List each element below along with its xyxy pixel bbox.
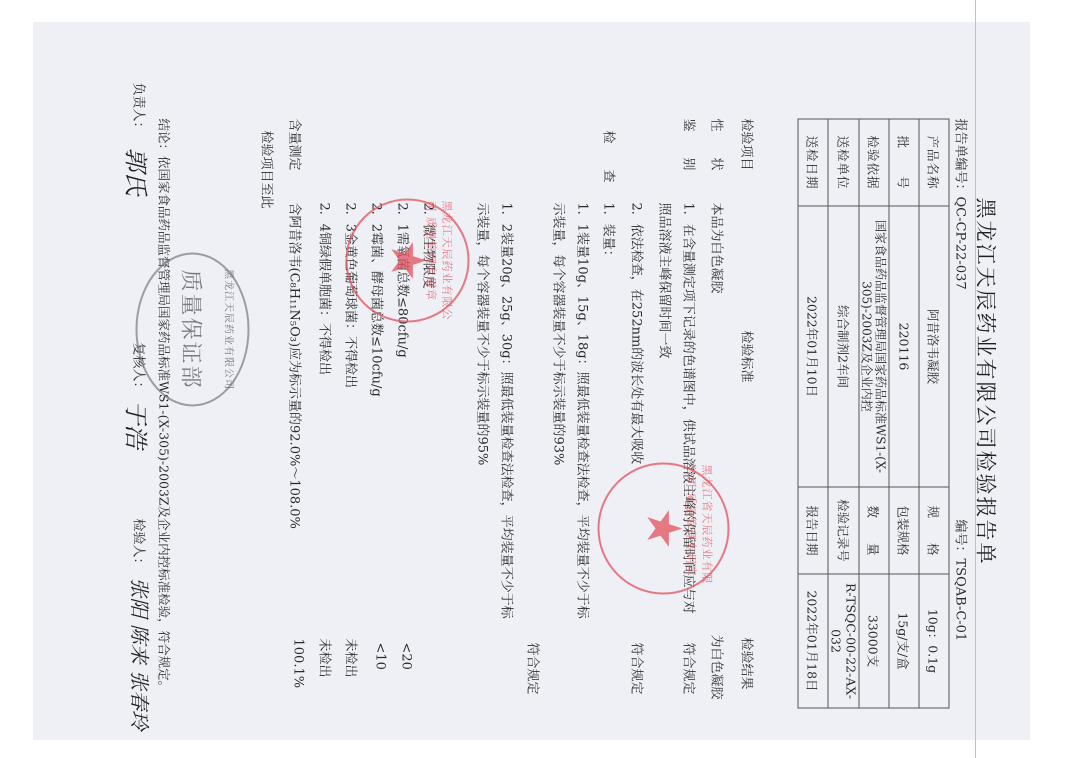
test-result-identification-1: 符合规定 xyxy=(681,643,700,695)
quantity-label: 数 量 xyxy=(859,487,889,574)
report-number: 报告单编号：QC-CP-22-037 xyxy=(953,119,972,290)
test-result-pseudomonas: 未检出 xyxy=(317,639,336,678)
report-date-value: 2022年01月18日 xyxy=(798,574,828,708)
quantity-value: 33000支 xyxy=(859,574,889,708)
conclusion: 结论：依国家食品药品监督管理局国家药品标准WS1-(X-305)-2003Z及企… xyxy=(156,119,174,694)
star-icon: ★ xyxy=(640,507,688,550)
submit-unit-value: 综合制剂2车间 xyxy=(828,206,859,487)
product-name-value: 阿昔洛韦凝胶 xyxy=(919,206,949,487)
end-note: 检验项目至此 xyxy=(259,131,278,209)
header-test-result: 检验结果 xyxy=(739,638,758,690)
table-row: 送检日期 2022年01月10日 报告日期 2022年01月18日 xyxy=(798,119,828,708)
table-row: 检验依据 国家食品药品监督管理局国家药品标准WS1-(X-305)-2003Z及… xyxy=(859,119,889,708)
stamp-text: 黑龙江天辰药业有限公司 质量管理专用章 xyxy=(424,201,456,321)
basis-label: 检验依据 xyxy=(859,119,889,206)
record-no-value: R-TSQC-00-22-AX-032 xyxy=(828,574,859,708)
conclusion-label: 结论： xyxy=(157,119,172,157)
responsible-person-label: 负责人： xyxy=(131,83,150,135)
test-standard-fill-1: 1．1装量10g、15g、18g：照最低装量检查法检查，平均装量不少于标示装量，… xyxy=(546,203,594,623)
report-number-label: 报告单编号： xyxy=(953,119,968,197)
product-name-label: 产品名称 xyxy=(919,119,949,206)
document-number-label: 编号： xyxy=(953,520,968,559)
conclusion-text: 依国家食品药品监督管理局国家药品标准WS1-(X-305)-2003Z及企业内控… xyxy=(157,156,172,693)
test-standard-assay: 含阿昔洛韦(C₈H₁₁N₅O₃)应为标示量的92.0%～108.0% xyxy=(287,203,306,529)
header-test-standard: 检验标准 xyxy=(739,331,758,383)
spec-value: 10g：0.1g xyxy=(919,574,949,708)
test-item-inspection: 检 查 xyxy=(601,131,620,183)
product-info-table: 产品名称 阿昔洛韦凝胶 规 格 10g：0.1g 批 号 220116 包装规格… xyxy=(798,119,950,709)
report-number-value: QC-CP-22-037 xyxy=(953,197,968,290)
submit-date-label: 送检日期 xyxy=(798,119,828,206)
test-item-identification: 鉴 别 xyxy=(681,119,700,171)
test-standard-fill-2: 1．2装量20g、25g、30g：照最低装量检查法检查，平均装量不少于标示装量，… xyxy=(470,203,518,623)
test-result-identification-2: 符合规定 xyxy=(629,643,648,695)
table-row: 送检单位 综合制剂2车间 检验记录号 R-TSQC-00-22-AX-032 xyxy=(828,119,859,708)
document-number: 编号：TSQAB-C-01 xyxy=(953,520,972,642)
red-company-stamp-2: ★ 黑龙江天辰药业有限公司 质量管理专用章 xyxy=(346,199,470,323)
package-spec-value: 15g/支/盒 xyxy=(889,574,919,708)
batch-label: 批 号 xyxy=(889,119,919,206)
qa-department-stamp: 黑龙江天辰药业有限公司 质量保证部 xyxy=(136,253,250,407)
responsible-person-signature: 郭氏 xyxy=(121,148,156,196)
header-test-item: 检验项目 xyxy=(739,119,758,171)
inspection-report-page: 黑龙江天辰药业有限公司检验报告单 报告单编号：QC-CP-22-037 编号：T… xyxy=(33,23,1030,741)
package-spec-label: 包装规格 xyxy=(889,487,919,574)
qa-stamp-title: 质量保证部 xyxy=(177,269,208,389)
spec-label: 规 格 xyxy=(919,487,949,574)
inspector-label: 检验人： xyxy=(131,519,150,571)
basis-value: 国家食品药品监督管理局国家药品标准WS1-(X-305)-2003Z及企业内控 xyxy=(859,206,889,487)
stamp-text: 黑龙江省天辰药业有限公司 质量管理专用章 xyxy=(684,465,716,593)
qa-stamp-company: 黑龙江天辰药业有限公司 xyxy=(223,269,238,390)
test-result-fill-1: 符合规定 xyxy=(525,643,544,695)
test-result-mold: <10 xyxy=(373,643,388,670)
test-result-assay: 100.1% xyxy=(291,639,306,689)
test-result-aerobic: <20 xyxy=(399,643,414,670)
red-company-stamp-1: ★ 黑龙江省天辰药业有限公司 质量管理专用章 xyxy=(598,463,730,595)
test-standard-fill-volume: 1．装量： xyxy=(601,203,620,263)
test-standard-appearance: 本品为白色凝胶 xyxy=(709,203,728,294)
test-item-appearance: 性 状 xyxy=(709,119,728,171)
report-date-label: 报告日期 xyxy=(798,487,828,574)
report-title: 黑龙江天辰药业有限公司检验报告单 xyxy=(972,23,1002,741)
test-standard-identification-2: 2．依法检查，在252nm的波长处有最大吸收 xyxy=(629,203,648,465)
submit-date-value: 2022年01月10日 xyxy=(798,206,828,487)
record-no-label: 检验记录号 xyxy=(828,487,859,574)
inspector-signature: 张阳 陈来 张春玲 xyxy=(127,578,156,731)
batch-value: 220116 xyxy=(889,206,919,487)
test-standard-pseudomonas: 2．4铜绿假单胞菌：不得检出 xyxy=(317,203,336,376)
submit-unit-label: 送检单位 xyxy=(828,119,859,206)
table-row: 批 号 220116 包装规格 15g/支/盒 xyxy=(889,119,919,708)
test-result-appearance: 为白色凝胶 xyxy=(709,635,728,700)
test-result-staph: 未检出 xyxy=(343,639,362,678)
document-number-value: TSQAB-C-01 xyxy=(953,559,968,642)
reviewer-signature: 于浩 xyxy=(121,401,156,449)
table-row: 产品名称 阿昔洛韦凝胶 规 格 10g：0.1g xyxy=(919,119,949,708)
test-item-assay: 含量测定 xyxy=(287,119,306,171)
